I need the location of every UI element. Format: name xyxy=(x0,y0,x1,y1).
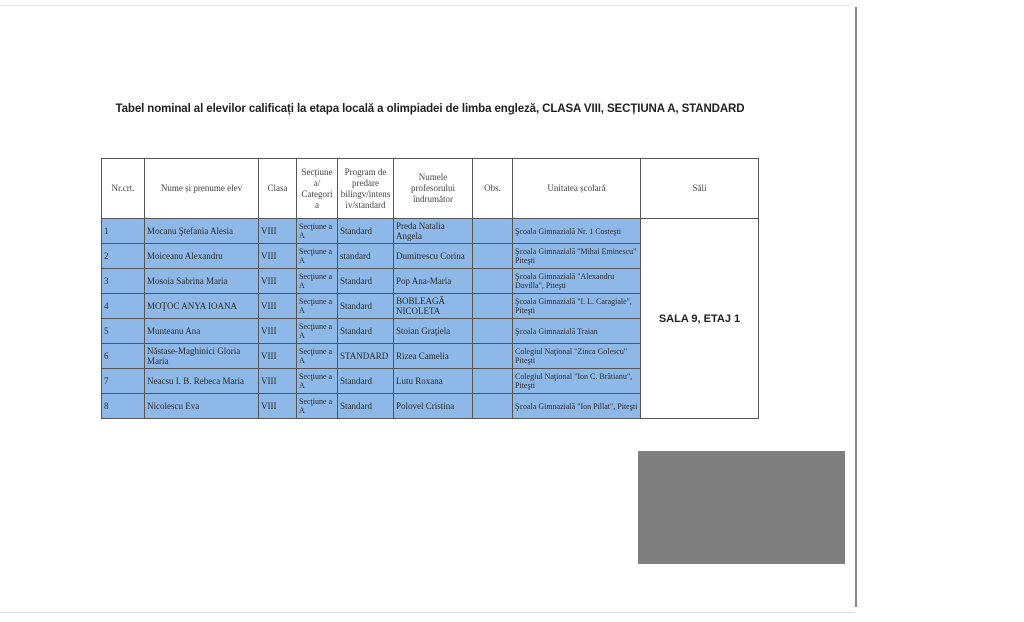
cell-profesor: Lutu Roxana xyxy=(394,369,473,394)
header-sali: Săli xyxy=(641,159,759,219)
cell-clasa: VIII xyxy=(259,344,297,369)
cell-obs xyxy=(473,219,513,244)
cell-unitate: Şcoala Gimnazială "I. L. Caragiale", Pit… xyxy=(513,294,641,319)
cell-clasa: VIII xyxy=(259,244,297,269)
page-edge-right xyxy=(855,7,857,607)
cell-program: standard xyxy=(338,244,394,269)
document-title: Tabel nominal al elevilor calificați la … xyxy=(100,103,760,115)
cell-unitate: Colegiul Naţional "Zinca Golescu" Piteşt… xyxy=(513,344,641,369)
cell-sectiune: Secţiune a A xyxy=(297,294,338,319)
cell-name: Neacsu I. B. Rebeca Maria xyxy=(145,369,259,394)
cell-name: Moiceanu Alexandru xyxy=(145,244,259,269)
cell-sectiune: Secţiune a A xyxy=(297,269,338,294)
cell-profesor: Pop Ana-Maria xyxy=(394,269,473,294)
cell-program: Standard xyxy=(338,394,394,419)
cell-clasa: VIII xyxy=(259,369,297,394)
students-table: Nr.crt. Nume și prenume elev Clasa Secți… xyxy=(101,158,759,419)
header-unitate: Unitatea școlară xyxy=(513,159,641,219)
cell-obs xyxy=(473,344,513,369)
header-name: Nume și prenume elev xyxy=(145,159,259,219)
page-edge-bottom xyxy=(0,612,855,613)
room-assignment: SALA 9, ETAJ 1 xyxy=(641,219,759,419)
cell-nr: 7 xyxy=(102,369,145,394)
cell-profesor: Rizea Camelia xyxy=(394,344,473,369)
cell-name: MOŢOC ANYA IOANA xyxy=(145,294,259,319)
cell-name: Nicolescu Eva xyxy=(145,394,259,419)
header-program: Program de predare bilingv/intens iv/sta… xyxy=(338,159,394,219)
cell-obs xyxy=(473,244,513,269)
cell-obs xyxy=(473,394,513,419)
cell-nr: 2 xyxy=(102,244,145,269)
cell-program: Standard xyxy=(338,269,394,294)
cell-name: Munteanu Ana xyxy=(145,319,259,344)
cell-program: Standard xyxy=(338,369,394,394)
cell-unitate: Şcoala Gimnazială "Ion Pillat", Piteşti xyxy=(513,394,641,419)
cell-sectiune: Secţiune a A xyxy=(297,369,338,394)
cell-unitate: Şcoala Gimnazială Nr. 1 Costeşti xyxy=(513,219,641,244)
cell-obs xyxy=(473,269,513,294)
cell-profesor: Dumitrescu Corina xyxy=(394,244,473,269)
cell-obs xyxy=(473,319,513,344)
cell-profesor: Polovel Cristina xyxy=(394,394,473,419)
cell-nr: 3 xyxy=(102,269,145,294)
page-edge-top xyxy=(0,5,850,6)
cell-nr: 8 xyxy=(102,394,145,419)
header-profesor: Numele profesorului îndrumător xyxy=(394,159,473,219)
cell-profesor: Preda Natalia Angela xyxy=(394,219,473,244)
cell-program: STANDARD xyxy=(338,344,394,369)
cell-clasa: VIII xyxy=(259,269,297,294)
cell-clasa: VIII xyxy=(259,294,297,319)
cell-sectiune: Secţiune a A xyxy=(297,219,338,244)
cell-profesor: Stoian Graţiela xyxy=(394,319,473,344)
cell-sectiune: Secţiune a A xyxy=(297,394,338,419)
cell-sectiune: Secţiune a A xyxy=(297,244,338,269)
cell-profesor: BOBLEAGĂ NICOLETA xyxy=(394,294,473,319)
cell-sectiune: Secţiune a A xyxy=(297,319,338,344)
cell-clasa: VIII xyxy=(259,219,297,244)
cell-clasa: VIII xyxy=(259,319,297,344)
cell-nr: 6 xyxy=(102,344,145,369)
table-row: 1Mocanu Ştefania AlesiaVIIISecţiune a AS… xyxy=(102,219,759,244)
cell-name: Mocanu Ştefania Alesia xyxy=(145,219,259,244)
cell-sectiune: Secţiune a A xyxy=(297,344,338,369)
cell-unitate: Colegiul Naţional "Ion C. Brătianu", Pit… xyxy=(513,369,641,394)
cell-clasa: VIII xyxy=(259,394,297,419)
cell-nr: 4 xyxy=(102,294,145,319)
cell-name: Năstase-Maghinici Gloria Maria xyxy=(145,344,259,369)
header-sectiune: Secțiune a/ Categori a xyxy=(297,159,338,219)
cell-unitate: Şcoala Gimnazială Traian xyxy=(513,319,641,344)
cell-obs xyxy=(473,294,513,319)
cell-nr: 1 xyxy=(102,219,145,244)
cell-name: Mosoia Sabrina Maria xyxy=(145,269,259,294)
cell-unitate: Şcoala Gimnazială "Alexandru Davilla", P… xyxy=(513,269,641,294)
table-header-row: Nr.crt. Nume și prenume elev Clasa Secți… xyxy=(102,159,759,219)
cell-program: Standard xyxy=(338,294,394,319)
redaction-box xyxy=(638,451,845,564)
cell-nr: 5 xyxy=(102,319,145,344)
header-clasa: Clasa xyxy=(259,159,297,219)
cell-unitate: Şcoala Gimnazială "Mihai Eminescu" Piteş… xyxy=(513,244,641,269)
cell-program: Standard xyxy=(338,319,394,344)
cell-obs xyxy=(473,369,513,394)
header-nr: Nr.crt. xyxy=(102,159,145,219)
cell-program: Standard xyxy=(338,219,394,244)
header-obs: Obs. xyxy=(473,159,513,219)
